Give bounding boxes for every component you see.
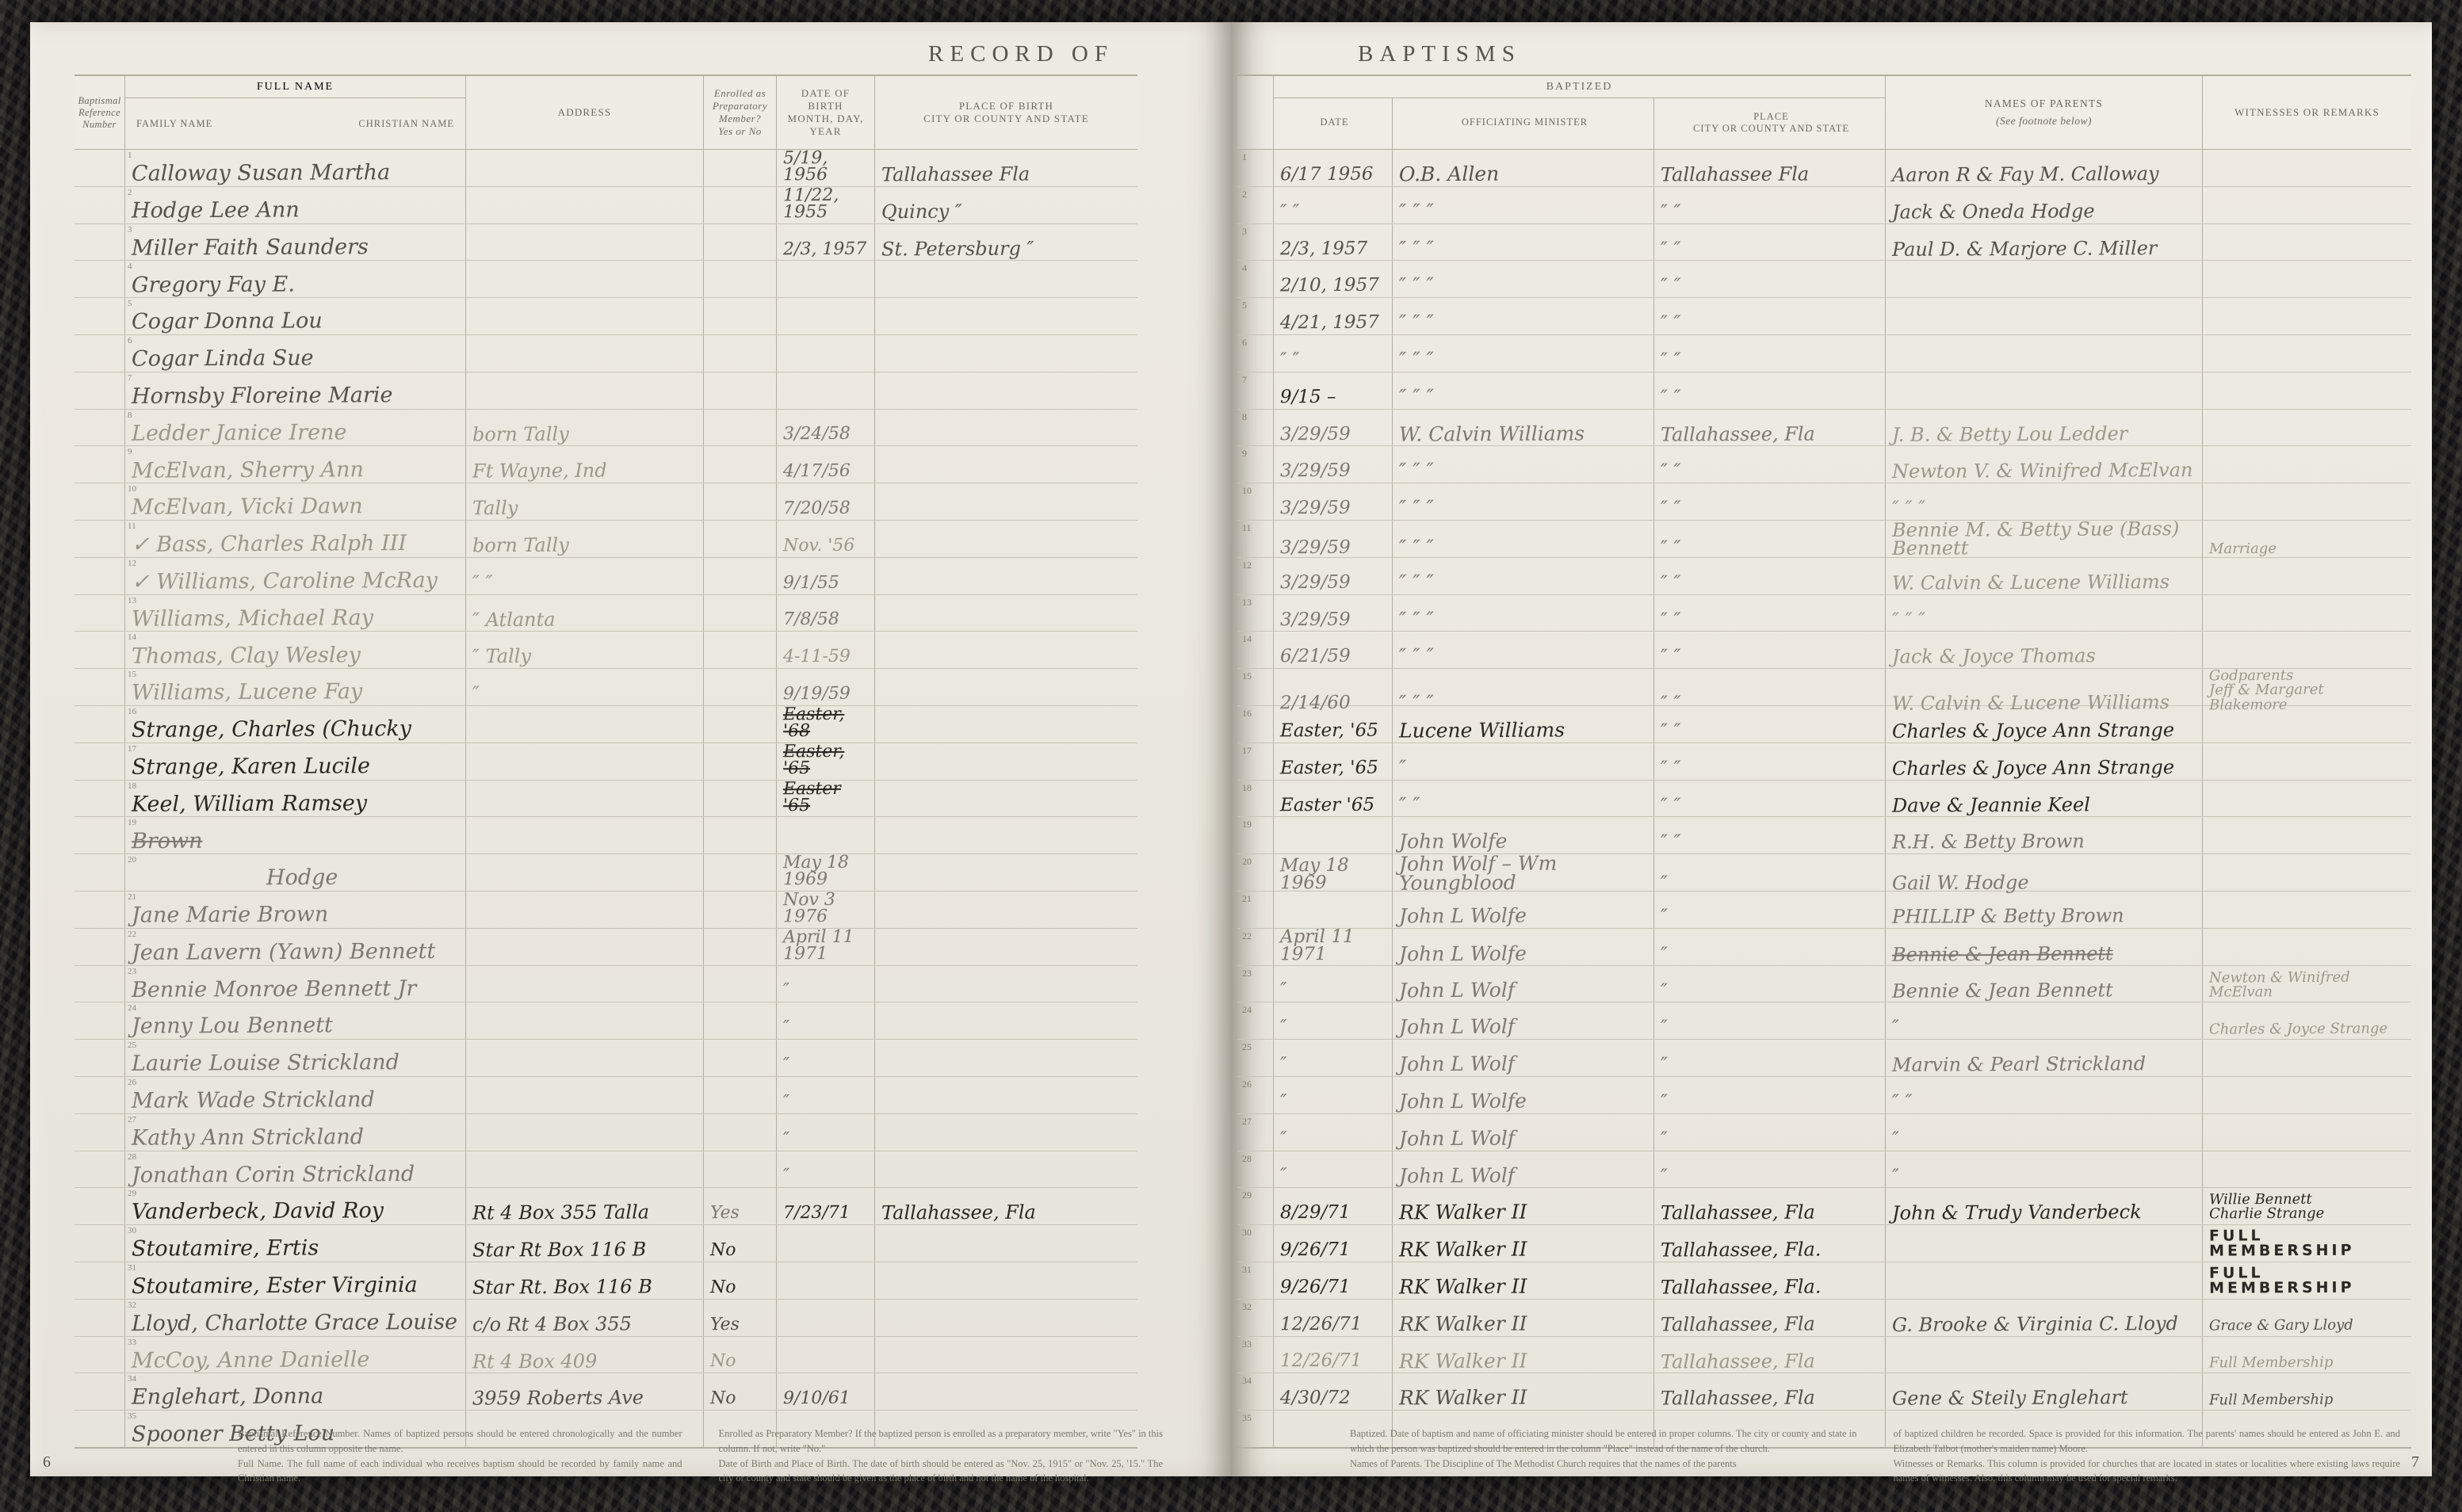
- reference-number-cell: [75, 1077, 125, 1113]
- row-number: 30: [128, 1226, 136, 1235]
- parents-cell: [1886, 1225, 2203, 1262]
- witnesses-cell: [2203, 929, 2411, 966]
- table-row: 8Ledder Janice Ireneborn Tally3/24/58: [75, 410, 1137, 447]
- baptism-date-cell: 6/17 1956: [1274, 150, 1393, 186]
- handwritten-entry: 3/29/59: [1280, 463, 1351, 480]
- date-of-birth-cell: ″: [777, 1002, 875, 1039]
- table-row: 3312/26/71RK Walker IITallahassee, FlaFu…: [1237, 1337, 2411, 1374]
- reference-number-cell: [75, 298, 125, 334]
- date-of-birth-cell: 4/17/56: [777, 446, 875, 483]
- address-cell: [466, 966, 704, 1002]
- table-row: 22April 11 1971John L Wolfe″Bennie & Jea…: [1237, 929, 2411, 966]
- handwritten-entry: FULL MEMBERSHIP: [2209, 1265, 2408, 1296]
- baptism-place-cell: ″ ″: [1654, 224, 1886, 261]
- page-number: 6: [43, 1453, 51, 1472]
- row-number: 15: [128, 670, 136, 679]
- officiating-minister-cell: RK Walker II: [1393, 1225, 1654, 1262]
- reference-number-cell: [75, 1002, 125, 1039]
- table-row: 28″John L Wolf″″: [1237, 1151, 2411, 1189]
- table-row: 32Lloyd, Charlotte Grace Louisec/o Rt 4 …: [75, 1300, 1137, 1337]
- enrolled-cell: [704, 224, 777, 261]
- handwritten-entry: Easter, '65: [1280, 759, 1378, 777]
- table-row: 319/26/71RK Walker IITallahassee, Fla.FU…: [1237, 1262, 2411, 1300]
- handwritten-entry: J. B. & Betty Lou Ledder: [1892, 425, 2127, 444]
- witnesses-cell: [2203, 632, 2411, 668]
- handwritten-entry: 4-11-59: [783, 649, 851, 666]
- parents-cell: Newton V. & Winifred McElvan: [1886, 446, 2203, 483]
- handwritten-entry: ″ ″ ″: [1892, 610, 1925, 628]
- table-row: 123/29/59″ ″ ″″ ″W. Calvin & Lucene Will…: [1237, 558, 2411, 595]
- table-row: 16Strange, Charles (ChuckyEaster, '68: [75, 706, 1137, 743]
- witnesses-cell: Full Membership: [2203, 1337, 2411, 1373]
- handwritten-entry: April 11 1971: [783, 929, 871, 962]
- name-cell: 4Gregory Fay E.: [125, 261, 466, 297]
- row-number-cell: 5: [1237, 298, 1274, 334]
- handwritten-entry: ″: [1661, 1130, 1668, 1148]
- handwritten-entry: Tallahassee, Fla: [1661, 1352, 1815, 1371]
- witnesses-cell: [2203, 446, 2411, 483]
- table-row: 16/17 1956O.B. AllenTallahassee FlaAaron…: [1237, 150, 2411, 187]
- baptism-date-cell: 2/10, 1957: [1274, 261, 1393, 297]
- table-row: 1Calloway Susan Martha5/19, 1956Tallahas…: [75, 150, 1137, 187]
- handwritten-entry: Keel, William Ramsey: [132, 793, 367, 815]
- handwritten-entry: ″ ″: [1661, 647, 1681, 666]
- row-number-cell: 3: [1237, 224, 1274, 261]
- right-table-header: BAPTIZED DATE OFFICIATING MINISTER PLACE…: [1237, 76, 2411, 150]
- parents-cell: Charles & Joyce Ann Strange: [1886, 743, 2203, 780]
- name-cell: 11✓ Bass, Charles Ralph III: [125, 521, 466, 557]
- parents-cell: [1886, 1262, 2203, 1299]
- handwritten-entry: ″ ″: [1280, 352, 1300, 369]
- reference-number-cell: [75, 966, 125, 1002]
- address-cell: [466, 706, 704, 743]
- date-of-birth-cell: Nov 3 1976: [777, 892, 875, 928]
- row-number: 26: [128, 1078, 136, 1087]
- handwritten-entry: Marvin & Pearl Strickland: [1892, 1055, 2146, 1074]
- table-row: 25Laurie Louise Strickland″: [75, 1040, 1137, 1077]
- enrolled-cell: No: [704, 1337, 777, 1373]
- handwritten-entry: ″: [472, 685, 480, 703]
- parents-cell: W. Calvin & Lucene Williams: [1886, 558, 2203, 594]
- handwritten-entry: ✓ Bass, Charles Ralph III: [132, 533, 407, 555]
- date-of-birth-cell: 7/8/58: [777, 595, 875, 632]
- handwritten-entry: ″ ″ ″: [1399, 388, 1434, 407]
- witnesses-cell: [2203, 706, 2411, 743]
- enrolled-cell: [704, 817, 777, 853]
- reference-number-cell: [75, 1337, 125, 1373]
- handwritten-entry: Full Membership: [2209, 1356, 2333, 1371]
- row-number-cell: 25: [1237, 1040, 1274, 1076]
- row-number-cell: 32: [1237, 1300, 1274, 1336]
- baptism-date-cell: 3/29/59: [1274, 483, 1393, 520]
- page-title-baptisms: BAPTISMS: [1358, 41, 1521, 67]
- baptism-place-cell: ″ ″: [1654, 483, 1886, 520]
- handwritten-entry: born Tally: [472, 536, 569, 555]
- handwritten-entry: ″: [1892, 1018, 1899, 1037]
- handwritten-entry: Tallahassee, Fla.: [1661, 1241, 1822, 1260]
- date-of-birth-cell: Easter, '65: [777, 743, 875, 780]
- handwritten-entry: No: [710, 1280, 736, 1296]
- name-cell: 9McElvan, Sherry Ann: [125, 446, 466, 483]
- officiating-minister-cell: O.B. Allen: [1393, 150, 1654, 186]
- handwritten-entry: Grace & Gary Lloyd: [2209, 1319, 2353, 1334]
- enrolled-cell: [704, 595, 777, 632]
- officiating-minister-cell: John L Wolf: [1393, 966, 1654, 1002]
- name-cell: 16Strange, Charles (Chucky: [125, 706, 466, 743]
- table-row: 113/29/59″ ″ ″″ ″Bennie M. & Betty Sue (…: [1237, 521, 2411, 558]
- handwritten-entry: 7/20/58: [783, 501, 851, 517]
- handwritten-entry: 9/15 –: [1280, 389, 1336, 407]
- row-number: 32: [128, 1300, 136, 1310]
- handwritten-entry: O.B. Allen: [1399, 165, 1499, 184]
- row-number-cell: 33: [1237, 1337, 1274, 1373]
- row-number: 28: [128, 1152, 136, 1162]
- enrolled-cell: [704, 781, 777, 817]
- enrolled-cell: Yes: [704, 1300, 777, 1336]
- witnesses-cell: [2203, 261, 2411, 297]
- handwritten-entry: ″ ″: [1280, 204, 1300, 221]
- row-number: 31: [128, 1263, 136, 1273]
- enrolled-cell: [704, 558, 777, 594]
- row-number-cell: 6: [1237, 335, 1274, 372]
- handwritten-entry: Strange, Charles (Chucky: [132, 719, 411, 740]
- officiating-minister-cell: ″ ″ ″: [1393, 224, 1654, 261]
- table-row: 32/3, 1957″ ″ ″″ ″Paul D. & Marjore C. M…: [1237, 224, 2411, 262]
- handwritten-entry: Jenny Lou Bennett: [132, 1016, 333, 1037]
- table-row: 309/26/71RK Walker IITallahassee, Fla.FU…: [1237, 1225, 2411, 1262]
- table-row: 18Keel, William RamseyEaster '65: [75, 781, 1137, 818]
- baptism-place-cell: ″: [1654, 1040, 1886, 1076]
- handwritten-entry: ″ ″: [1661, 388, 1681, 407]
- baptism-date-cell: 3/29/59: [1274, 558, 1393, 594]
- baptism-place-cell: ″: [1654, 892, 1886, 928]
- handwritten-entry: Willie Bennett Charlie Strange: [2209, 1193, 2324, 1222]
- officiating-minister-cell: ″ ″ ″: [1393, 372, 1654, 409]
- witnesses-cell: [2203, 150, 2411, 186]
- row-number-cell: 35: [1237, 1411, 1274, 1447]
- handwritten-entry: Vanderbeck, David Roy: [132, 1201, 384, 1223]
- place-of-birth-cell: [875, 1225, 1137, 1262]
- address-cell: Ft Wayne, Ind: [466, 446, 704, 483]
- address-cell: born Tally: [466, 410, 704, 446]
- row-number: 27: [128, 1115, 136, 1124]
- handwritten-entry: ″ ″ ″: [1399, 239, 1434, 258]
- date-of-birth-cell: 5/19, 1956: [777, 150, 875, 186]
- table-row: 5Cogar Donna Lou: [75, 298, 1137, 335]
- place-of-birth-cell: [875, 446, 1137, 483]
- table-row: 23Bennie Monroe Bennett Jr″: [75, 966, 1137, 1003]
- handwritten-entry: McElvan, Vicki Dawn: [132, 497, 363, 518]
- handwritten-entry: ″ ″ ″: [1399, 202, 1434, 221]
- name-cell: 24Jenny Lou Bennett: [125, 1002, 466, 1039]
- handwritten-entry: Jack & Oneda Hodge: [1892, 202, 2095, 221]
- handwritten-entry: ″: [1892, 1166, 1899, 1185]
- baptism-place-cell: ″: [1654, 1151, 1886, 1188]
- baptism-place-cell: ″ ″: [1654, 446, 1886, 483]
- handwritten-entry: John L Wolf: [1399, 1055, 1515, 1075]
- handwritten-entry: 6/17 1956: [1280, 166, 1374, 184]
- handwritten-entry: ″ ″: [1661, 610, 1681, 628]
- baptism-date-cell: 9/26/71: [1274, 1225, 1393, 1262]
- reference-number-cell: [75, 150, 125, 186]
- name-cell: 20Hodge: [125, 854, 466, 891]
- table-row: 3212/26/71RK Walker IITallahassee, FlaG.…: [1237, 1300, 2411, 1337]
- enrolled-cell: [704, 298, 777, 334]
- handwritten-entry: ″: [783, 1020, 789, 1037]
- baptism-date-cell: ″: [1274, 966, 1393, 1002]
- witnesses-cell: [2203, 1114, 2411, 1151]
- officiating-minister-cell: ″ ″ ″: [1393, 335, 1654, 372]
- date-of-birth-cell: [777, 335, 875, 372]
- address-cell: Rt 4 Box 409: [466, 1337, 704, 1373]
- parents-cell: [1886, 298, 2203, 334]
- handwritten-entry: ″: [1280, 1167, 1287, 1185]
- handwritten-entry: G. Brooke & Virginia C. Lloyd: [1892, 1315, 2178, 1334]
- reference-number-cell: [75, 1040, 125, 1076]
- handwritten-entry: ″: [1280, 1019, 1287, 1037]
- baptized-label: BAPTIZED: [1274, 76, 1885, 98]
- handwritten-entry: Yes: [710, 1205, 740, 1222]
- handwritten-entry: John L Wolf: [1399, 980, 1515, 1000]
- table-row: 7Hornsby Floreine Marie: [75, 372, 1137, 410]
- scanned-register-spread: RECORD OF Baptismal Reference Number FUL…: [0, 0, 2462, 1512]
- reference-number-cell: [75, 521, 125, 557]
- handwritten-entry: No: [710, 1354, 736, 1370]
- right-page: BAPTISMS BAPTIZED DATE OFFICIATING MINIS…: [1231, 22, 2432, 1476]
- enrolled-cell: [704, 261, 777, 297]
- handwritten-entry: 5/19, 1956: [783, 151, 871, 184]
- baptism-date-cell: 12/26/71: [1274, 1337, 1393, 1373]
- handwritten-entry: Bennie M. & Betty Sue (Bass) Bennett: [1892, 520, 2199, 558]
- table-row: 21John L Wolfe″PHILLIP & Betty Brown: [1237, 892, 2411, 929]
- officiating-minister-cell: John L Wolfe: [1393, 892, 1654, 928]
- officiating-minister-cell: John L Wolf: [1393, 1151, 1654, 1188]
- baptism-place-cell: ″: [1654, 1077, 1886, 1113]
- officiating-minister-cell: RK Walker II: [1393, 1188, 1654, 1224]
- date-of-birth-cell: May 18 1969: [777, 854, 875, 891]
- handwritten-entry: Cogar Donna Lou: [132, 311, 323, 333]
- enrolled-cell: [704, 150, 777, 186]
- table-row: 152/14/60″ ″ ″″ ″W. Calvin & Lucene Will…: [1237, 669, 2411, 706]
- reference-number-cell: [75, 892, 125, 928]
- date-of-birth-cell: Easter, '68: [777, 706, 875, 743]
- handwritten-entry: RK Walker II: [1399, 1203, 1527, 1223]
- handwritten-entry: ″: [1892, 1130, 1899, 1148]
- enrolled-cell: [704, 892, 777, 928]
- officiating-minister-cell: ″ ″ ″: [1393, 187, 1654, 223]
- place-of-birth-cell: [875, 854, 1137, 891]
- footnote-column: Enrolled as Preparatory Member? If the b…: [719, 1426, 1164, 1486]
- row-number-cell: 26: [1237, 1077, 1274, 1113]
- table-row: 31Stoutamire, Ester VirginiaStar Rt. Box…: [75, 1262, 1137, 1300]
- table-row: 24Jenny Lou Bennett″: [75, 1002, 1137, 1040]
- row-number-cell: 9: [1237, 446, 1274, 483]
- reference-number-cell: [75, 743, 125, 780]
- handwritten-entry: John Wolfe: [1399, 832, 1507, 851]
- address-cell: Tally: [466, 483, 704, 520]
- handwritten-entry: Stoutamire, Ertis: [132, 1239, 319, 1260]
- handwritten-entry: Easter '65: [1280, 796, 1374, 814]
- place-of-birth-cell: [875, 1300, 1137, 1336]
- table-row: 146/21/59″ ″ ″″ ″Jack & Joyce Thomas: [1237, 632, 2411, 669]
- table-row: 6″ ″″ ″ ″″ ″: [1237, 335, 2411, 372]
- parents-cell: R.H. & Betty Brown: [1886, 817, 2203, 853]
- row-number: 5: [128, 299, 132, 308]
- handwritten-entry: Bennie & Jean Bennett: [1892, 945, 2113, 964]
- name-cell: 28Jonathan Corin Strickland: [125, 1151, 466, 1188]
- name-cell: 13Williams, Michael Ray: [125, 595, 466, 632]
- handwritten-entry: ″ ″: [1661, 240, 1681, 258]
- parents-cell: Charles & Joyce Ann Strange: [1886, 706, 2203, 743]
- enrolled-cell: Yes: [704, 1188, 777, 1224]
- baptism-place-cell: ″ ″: [1654, 298, 1886, 334]
- address-cell: [466, 743, 704, 780]
- handwritten-entry: Tallahassee, Fla: [1661, 1315, 1815, 1334]
- handwritten-entry: Stoutamire, Ester Virginia: [132, 1275, 418, 1297]
- baptism-place-cell: Tallahassee Fla: [1654, 150, 1886, 186]
- name-cell: 18Keel, William Ramsey: [125, 781, 466, 817]
- date-of-birth-cell: Nov. '56: [777, 521, 875, 557]
- book-spread: RECORD OF Baptismal Reference Number FUL…: [30, 22, 2432, 1476]
- row-number-cell: 16: [1237, 706, 1274, 743]
- row-number-cell: 22: [1237, 929, 1274, 966]
- place-of-birth-cell: [875, 669, 1137, 705]
- handwritten-entry: ″ ″ ″: [1399, 647, 1434, 666]
- name-cell: 26Mark Wade Strickland: [125, 1077, 466, 1113]
- handwritten-entry: Tallahassee Fla: [881, 166, 1030, 185]
- handwritten-entry: ″ ″: [1661, 277, 1681, 295]
- handwritten-entry: RK Walker II: [1399, 1314, 1527, 1334]
- table-row: 26Mark Wade Strickland″: [75, 1077, 1137, 1114]
- row-number: 34: [128, 1374, 136, 1384]
- handwritten-entry: Laurie Louise Strickland: [132, 1052, 400, 1074]
- date-of-birth-cell: [777, 817, 875, 853]
- date-of-birth-cell: 3/24/58: [777, 410, 875, 446]
- parents-cell: Dave & Jeannie Keel: [1886, 781, 2203, 817]
- reference-number-cell: [75, 1151, 125, 1188]
- baptism-date-cell: ″: [1274, 1151, 1393, 1188]
- enrolled-cell: [704, 1151, 777, 1188]
- handwritten-entry: 4/21, 1957: [1280, 315, 1379, 332]
- parents-cell: J. B. & Betty Lou Ledder: [1886, 410, 2203, 446]
- parents-cell: Paul D. & Marjore C. Miller: [1886, 224, 2203, 261]
- enrolled-cell: [704, 187, 777, 223]
- date-of-birth-cell: [777, 1225, 875, 1262]
- place-of-birth-cell: [875, 521, 1137, 557]
- row-number: 13: [128, 596, 136, 605]
- handwritten-entry: John & Trudy Vanderbeck: [1892, 1203, 2142, 1222]
- witnesses-cell: [2203, 298, 2411, 334]
- handwritten-entry: John L Wolf: [1399, 1166, 1515, 1186]
- officiating-minister-cell: John L Wolfe: [1393, 929, 1654, 966]
- enrolled-cell: [704, 372, 777, 409]
- place-of-birth-cell: [875, 1040, 1137, 1076]
- witnesses-cell: Charles & Joyce Strange: [2203, 1002, 2411, 1039]
- row-number-cell: 10: [1237, 483, 1274, 520]
- table-row: 20HodgeMay 18 1969: [75, 854, 1137, 892]
- witnesses-cell: [2203, 781, 2411, 817]
- reference-number-cell: [75, 335, 125, 372]
- officiating-minister-cell: ″ ″ ″: [1393, 595, 1654, 632]
- name-cell: 30Stoutamire, Ertis: [125, 1225, 466, 1262]
- handwritten-entry: ″: [783, 1057, 789, 1074]
- handwritten-entry: Easter, '65: [783, 743, 871, 777]
- handwritten-entry: John L Wolfe: [1399, 1092, 1527, 1112]
- enrolled-cell: No: [704, 1262, 777, 1299]
- parents-cell: ″ ″: [1886, 1077, 2203, 1113]
- witnesses-cell: Full Membership: [2203, 1373, 2411, 1410]
- place-of-birth-cell: [875, 372, 1137, 409]
- row-number-cell: 4: [1237, 261, 1274, 297]
- enrolled-cell: [704, 743, 777, 780]
- handwritten-entry: ″: [1661, 874, 1668, 892]
- handwritten-entry: ″: [1661, 945, 1668, 964]
- address-cell: [466, 1040, 704, 1076]
- handwritten-entry: ″ ″: [1661, 759, 1681, 777]
- handwritten-entry: ″ ″: [1661, 539, 1681, 557]
- handwritten-entry: Ft Wayne, Ind: [472, 462, 607, 481]
- table-row: 3Miller Faith Saunders2/3, 1957St. Peter…: [75, 224, 1137, 262]
- officiating-minister-cell: ″ ″ ″: [1393, 298, 1654, 334]
- handwritten-entry: Marriage: [2209, 542, 2277, 557]
- table-row: 2Hodge Lee Ann11/22, 1955Quincy ″: [75, 187, 1137, 224]
- name-cell: 21Jane Marie Brown: [125, 892, 466, 928]
- baptism-place-cell: Tallahassee, Fla: [1654, 410, 1886, 446]
- baptism-place-cell: ″: [1654, 854, 1886, 895]
- table-row: 30Stoutamire, ErtisStar Rt Box 116 BNo: [75, 1225, 1137, 1262]
- witnesses-cell: [2203, 410, 2411, 446]
- enrolled-cell: [704, 966, 777, 1002]
- witnesses-cell: Grace & Gary Lloyd: [2203, 1300, 2411, 1336]
- row-number: 10: [128, 484, 136, 494]
- name-cell: 15Williams, Lucene Fay: [125, 669, 466, 705]
- table-row: 22Jean Lavern (Yawn) BennettApril 11 197…: [75, 929, 1137, 966]
- handwritten-entry: ″ ″ ″: [1399, 573, 1434, 592]
- name-cell: 29Vanderbeck, David Roy: [125, 1188, 466, 1224]
- place-of-birth-cell: [875, 335, 1137, 372]
- table-row: 344/30/72RK Walker IITallahassee, FlaGen…: [1237, 1373, 2411, 1411]
- place-of-birth-cell: [875, 1002, 1137, 1039]
- handwritten-entry: McElvan, Sherry Ann: [132, 460, 364, 481]
- row-number-cell: 27: [1237, 1114, 1274, 1151]
- row-number: 4: [128, 262, 132, 271]
- col-header-officiating-minister: OFFICIATING MINISTER: [1393, 98, 1654, 149]
- enrolled-cell: [704, 410, 777, 446]
- handwritten-entry: Strange, Karen Lucile: [132, 756, 370, 777]
- place-of-birth-cell: Tallahassee Fla: [875, 150, 1137, 186]
- baptism-place-cell: Tallahassee, Fla.: [1654, 1262, 1886, 1299]
- handwritten-entry: 3/29/59: [1280, 611, 1351, 628]
- handwritten-entry: ″ ″ ″: [1399, 461, 1434, 480]
- table-row: 12✓ Williams, Caroline McRay″ ″9/1/55: [75, 558, 1137, 595]
- handwritten-entry: Hornsby Floreine Marie: [132, 385, 393, 407]
- parents-cell: Marvin & Pearl Strickland: [1886, 1040, 2203, 1076]
- handwritten-entry: RK Walker II: [1399, 1277, 1527, 1297]
- register-table-left: Baptismal Reference Number FULL NAME FAM…: [75, 74, 1137, 1449]
- table-row: 34Englehart, Donna3959 Roberts AveNo9/10…: [75, 1373, 1137, 1411]
- row-number: 2: [128, 188, 132, 197]
- enrolled-cell: [704, 483, 777, 520]
- enrolled-cell: [704, 1040, 777, 1076]
- row-number-cell: 23: [1237, 966, 1274, 1002]
- footnote-column: of baptized children be recorded. Space …: [1894, 1426, 2401, 1486]
- place-of-birth-cell: [875, 929, 1137, 965]
- officiating-minister-cell: RK Walker II: [1393, 1373, 1654, 1410]
- baptism-date-cell: 3/29/59: [1274, 410, 1393, 446]
- address-cell: [466, 335, 704, 372]
- witnesses-cell: FULL MEMBERSHIP: [2203, 1225, 2411, 1262]
- officiating-minister-cell: ″ ″: [1393, 781, 1654, 817]
